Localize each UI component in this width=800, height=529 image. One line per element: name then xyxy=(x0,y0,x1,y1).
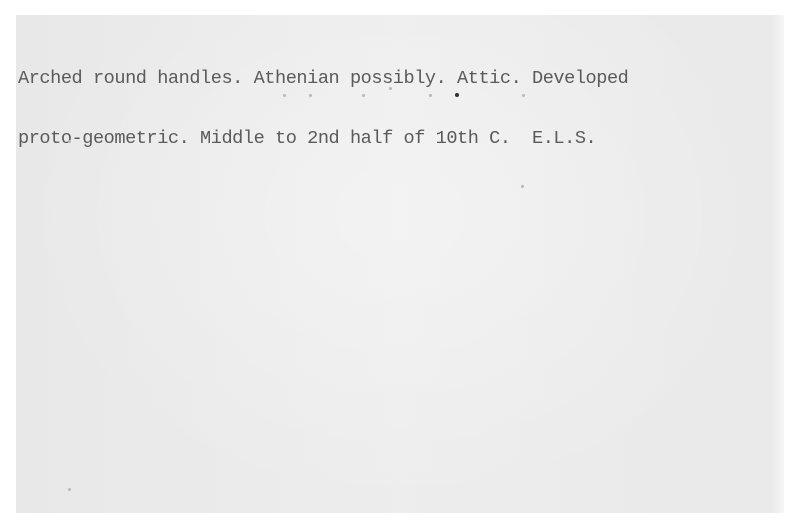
paper-speck xyxy=(283,94,286,97)
typed-note: Arched round handles. Athenian possibly.… xyxy=(18,29,628,189)
paper-speck xyxy=(389,87,392,90)
paper-speck xyxy=(429,94,432,97)
typed-line-1: Arched round handles. Athenian possibly.… xyxy=(18,69,628,89)
paper-speck xyxy=(309,94,312,97)
typed-line-2: proto-geometric. Middle to 2nd half of 1… xyxy=(18,129,628,149)
paper-speck xyxy=(521,185,524,188)
paper-speck xyxy=(68,140,71,143)
paper-speck xyxy=(522,94,525,97)
index-card: Arched round handles. Athenian possibly.… xyxy=(16,15,784,513)
paper-speck xyxy=(68,488,71,491)
paper-speck xyxy=(362,94,365,97)
paper-speck xyxy=(455,93,459,97)
